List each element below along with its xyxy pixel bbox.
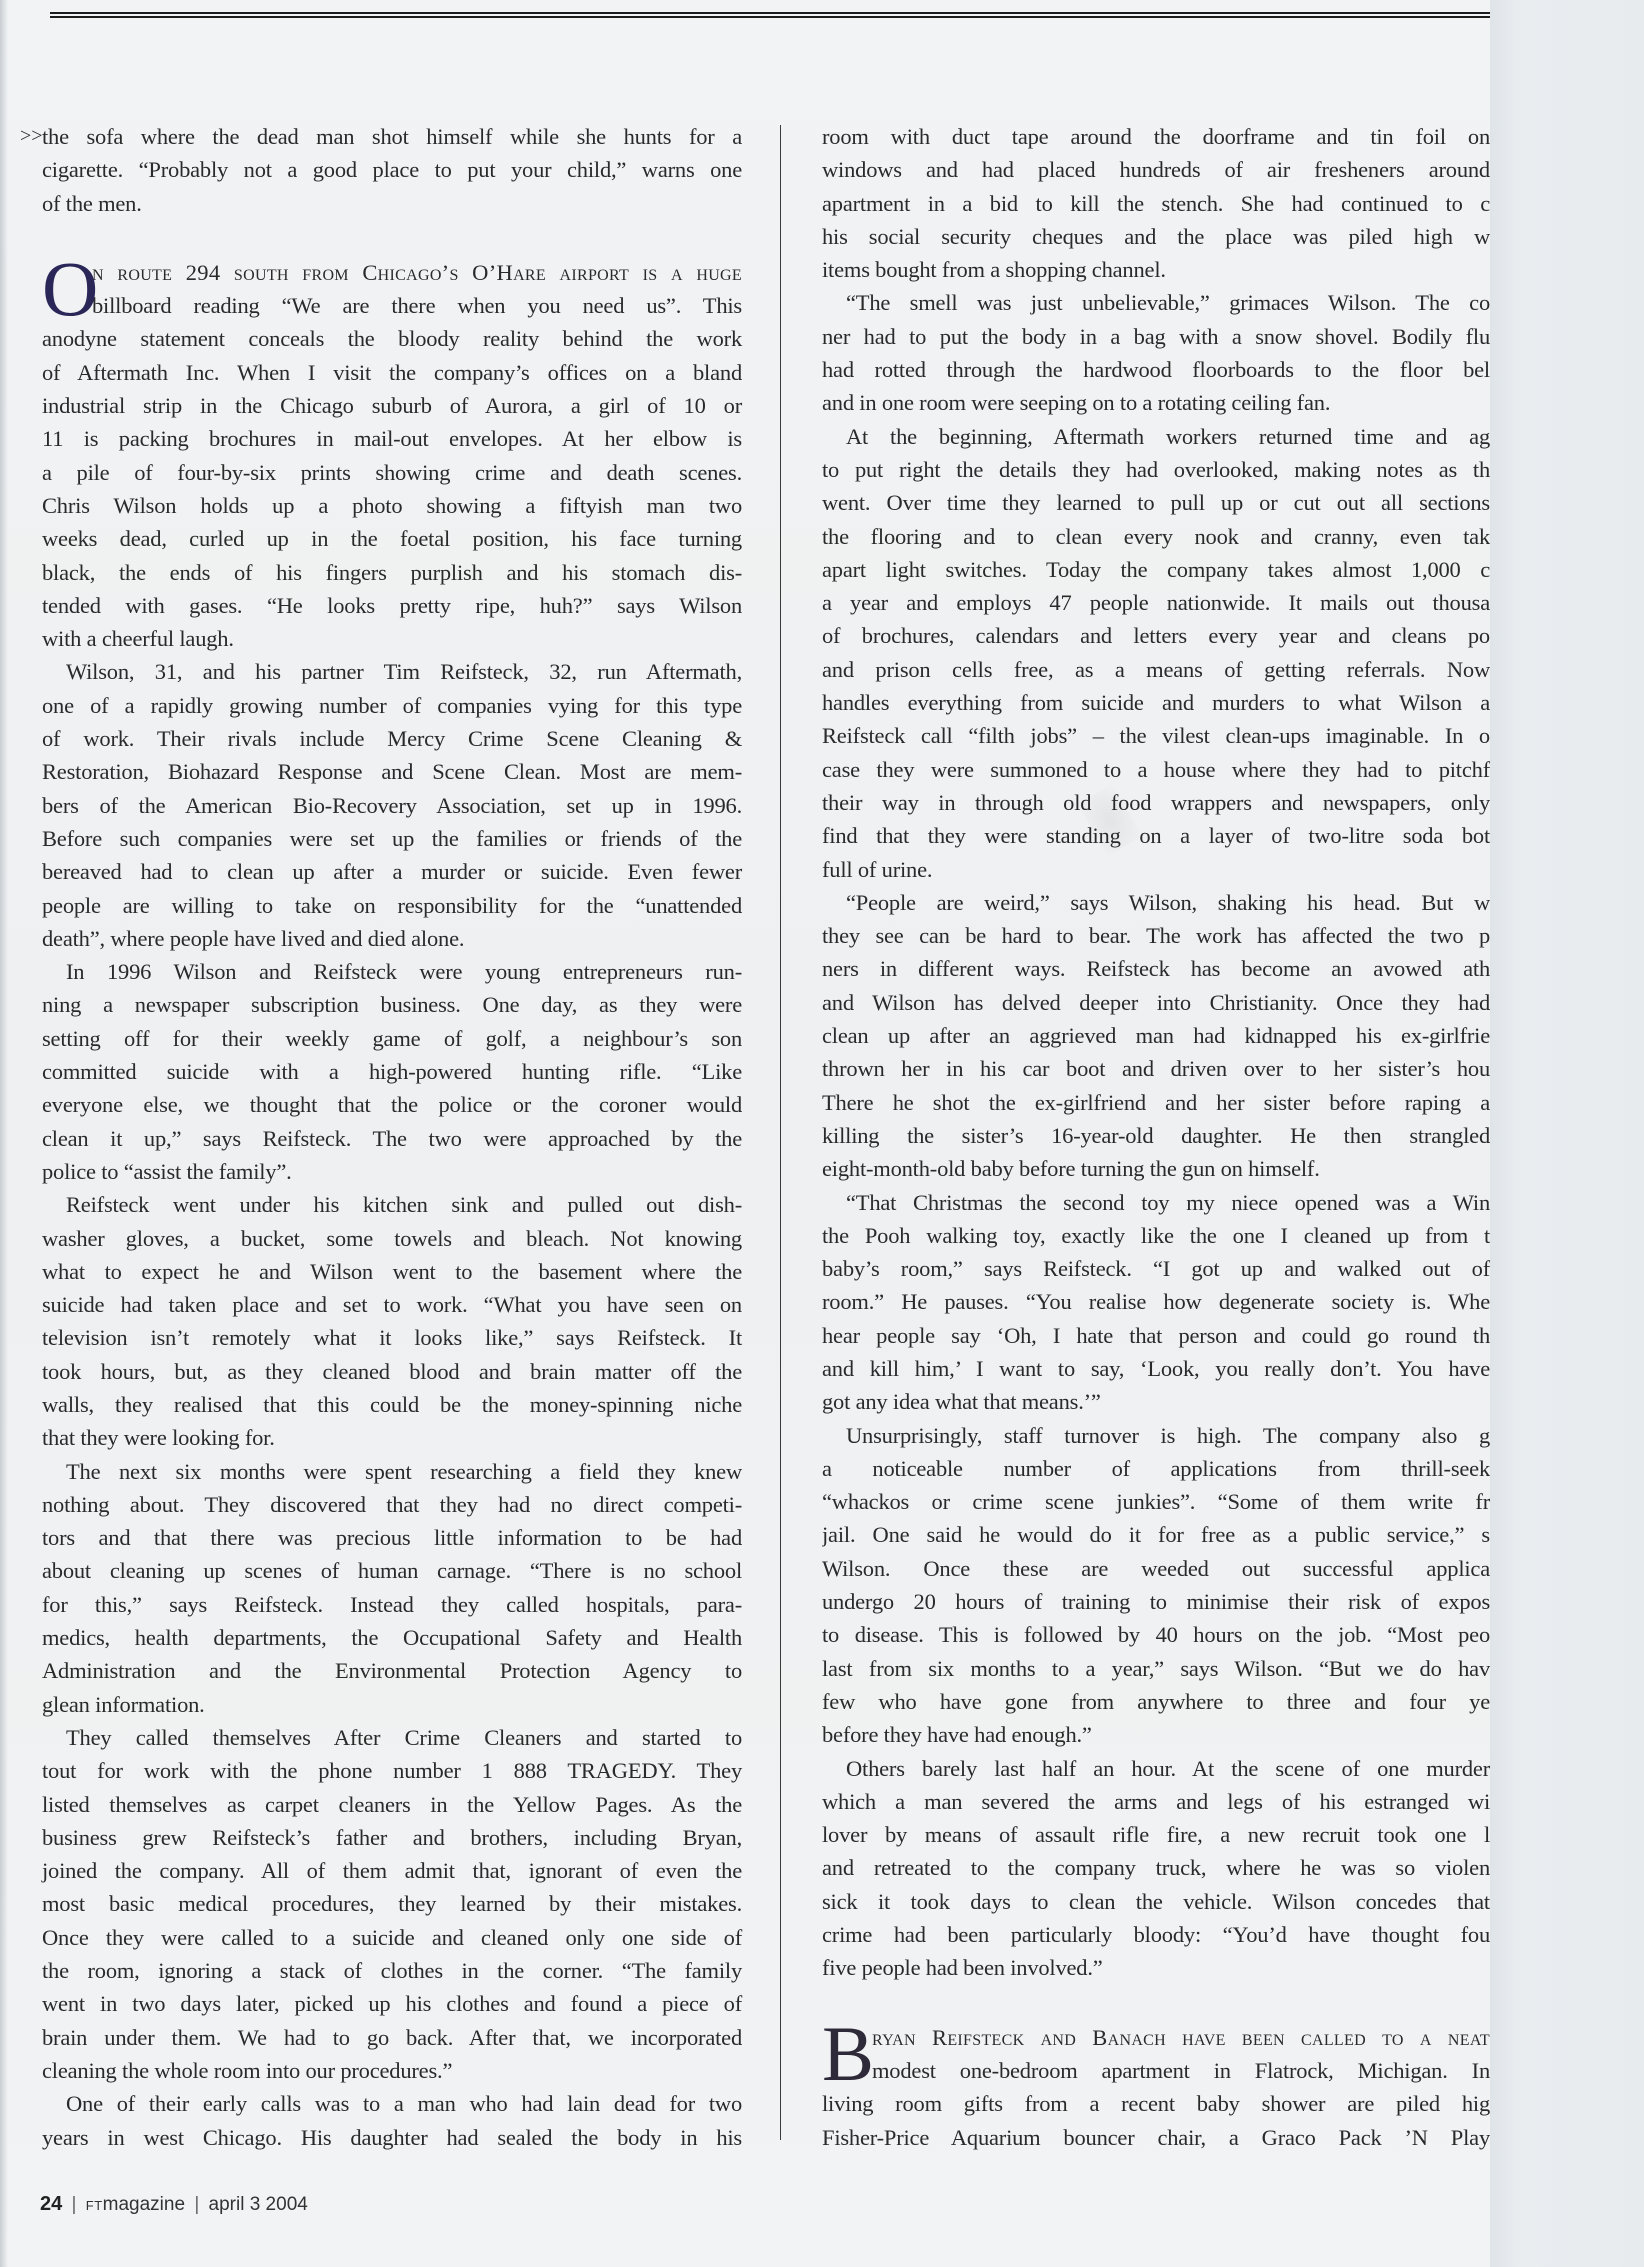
text-line: Before such companies were set up the fa… [42, 822, 742, 855]
text-line: There he shot the ex-girlfriend and her … [822, 1086, 1490, 1119]
text-line: Others barely last half an hour. At the … [822, 1752, 1490, 1785]
footer-separator: | [190, 2194, 203, 2215]
text-line: undergo 20 hours of training to minimise… [822, 1585, 1490, 1618]
drop-cap: O [42, 258, 98, 320]
text-line: modest one-bedroom apartment in Flatrock… [822, 2054, 1490, 2087]
text-line: their way in through old food wrappers a… [822, 786, 1490, 819]
text-line: and Wilson has delved deeper into Christ… [822, 986, 1490, 1019]
page-footer: 24 | FTmagazine | april 3 2004 [40, 2193, 308, 2216]
text-line: In 1996 Wilson and Reifsteck were young … [42, 955, 742, 988]
left-column: the sofa where the dead man shot himself… [42, 120, 742, 2154]
text-line: years in west Chicago. His daughter had … [42, 2121, 742, 2154]
text-line: nothing about. They discovered that they… [42, 1488, 742, 1521]
text-line: a noticeable number of applications from… [822, 1452, 1490, 1485]
text-line: Wilson, 31, and his partner Tim Reifstec… [42, 655, 742, 688]
right-column: room with duct tape around the doorframe… [822, 120, 1490, 2154]
text-line: walls, they realised that this could be … [42, 1388, 742, 1421]
text-line: “The smell was just unbelievable,” grima… [822, 286, 1490, 319]
text-line: five people had been involved.” [822, 1951, 1490, 1984]
text-line: for this,” says Reifsteck. Instead they … [42, 1588, 742, 1621]
text-line: the sofa where the dead man shot himself… [42, 120, 742, 153]
text-line: of the men. [42, 187, 742, 220]
text-line: of work. Their rivals include Mercy Crim… [42, 722, 742, 755]
text-line: “whackos or crime scene junkies”. “Some … [822, 1485, 1490, 1518]
text-line: his social security cheques and the plac… [822, 220, 1490, 253]
text-line: to disease. This is followed by 40 hours… [822, 1618, 1490, 1651]
text-line: The next six months were spent researchi… [42, 1455, 742, 1488]
text-line: They called themselves After Crime Clean… [42, 1721, 742, 1754]
column-divider [780, 125, 781, 2140]
section-gap [42, 220, 742, 256]
text-line: Reifsteck went under his kitchen sink an… [42, 1188, 742, 1221]
text-line: last from six months to a year,” says Wi… [822, 1652, 1490, 1685]
text-line: billboard reading “We are there when you… [42, 289, 742, 322]
text-line: and kill him,’ I want to say, ‘Look, you… [822, 1352, 1490, 1385]
text-line: clean up after an aggrieved man had kidn… [822, 1019, 1490, 1052]
magazine-page: >> the sofa where the dead man shot hims… [0, 0, 1490, 2267]
text-line: industrial strip in the Chicago suburb o… [42, 389, 742, 422]
text-line: tout for work with the phone number 1 88… [42, 1754, 742, 1787]
text-line: what to expect he and Wilson went to the… [42, 1255, 742, 1288]
text-line: handles everything from suicide and murd… [822, 686, 1490, 719]
text-line: television isn’t remotely what it looks … [42, 1321, 742, 1354]
text-line: and prison cells free, as a means of get… [822, 653, 1490, 686]
text-line: glean information. [42, 1688, 742, 1721]
text-line: full of urine. [822, 853, 1490, 886]
small-caps-lead: n route 294 south from Chicago’s O’Hare … [42, 256, 742, 289]
text-line: thrown her in his car boot and driven ov… [822, 1052, 1490, 1085]
text-line: the Pooh walking toy, exactly like the o… [822, 1219, 1490, 1252]
text-line: Reifsteck call “filth jobs” – the vilest… [822, 719, 1490, 752]
text-line: anodyne statement conceals the bloody re… [42, 322, 742, 355]
publication-name: magazine [103, 2194, 185, 2215]
text-line: went in two days later, picked up his cl… [42, 1987, 742, 2020]
text-line: “People are weird,” says Wilson, shaking… [822, 886, 1490, 919]
text-line: bereaved had to clean up after a murder … [42, 855, 742, 888]
text-line: most basic medical procedures, they lear… [42, 1887, 742, 1920]
text-line: tended with gases. “He looks pretty ripe… [42, 589, 742, 622]
text-line: police to “assist the family”. [42, 1155, 742, 1188]
text-line: to put right the details they had overlo… [822, 453, 1490, 486]
scan-margin [1490, 0, 1644, 2267]
text-line: room.” He pauses. “You realise how degen… [822, 1285, 1490, 1318]
text-line: Administration and the Environmental Pro… [42, 1654, 742, 1687]
text-line: committed suicide with a high-powered hu… [42, 1055, 742, 1088]
text-line: Wilson. Once these are weeded out succes… [822, 1552, 1490, 1585]
text-line: jail. One said he would do it for free a… [822, 1518, 1490, 1551]
text-line: business grew Reifsteck’s father and bro… [42, 1821, 742, 1854]
text-line: crime had been particularly bloody: “You… [822, 1918, 1490, 1951]
text-line: Restoration, Biohazard Response and Scen… [42, 755, 742, 788]
text-line: apart light switches. Today the company … [822, 553, 1490, 586]
text-line: everyone else, we thought that the polic… [42, 1088, 742, 1121]
text-line: that they were looking for. [42, 1421, 742, 1454]
text-line: they see can be hard to bear. The work h… [822, 919, 1490, 952]
text-line: hear people say ‘Oh, I hate that person … [822, 1319, 1490, 1352]
text-line: listed themselves as carpet cleaners in … [42, 1788, 742, 1821]
section-opening-line: B ryan Reifsteck and Banach have been ca… [822, 2021, 1490, 2054]
continuation-marker-icon: >> [20, 120, 43, 153]
text-line: joined the company. All of them admit th… [42, 1854, 742, 1887]
text-line: one of a rapidly growing number of compa… [42, 689, 742, 722]
section-gap [822, 1985, 1490, 2021]
page-number: 24 [40, 2193, 62, 2215]
page-gutter-shadow [0, 0, 8, 2267]
text-line: Chris Wilson holds up a photo showing a … [42, 489, 742, 522]
text-line: One of their early calls was to a man wh… [42, 2087, 742, 2120]
text-line: death”, where people have lived and died… [42, 922, 742, 955]
text-line: about cleaning up scenes of human carnag… [42, 1554, 742, 1587]
text-line: had rotted through the hardwood floorboa… [822, 353, 1490, 386]
text-line: suicide had taken place and set to work.… [42, 1288, 742, 1321]
text-line: At the beginning, Aftermath workers retu… [822, 420, 1490, 453]
text-line: items bought from a shopping channel. [822, 253, 1490, 286]
text-line: weeks dead, curled up in the foetal posi… [42, 522, 742, 555]
text-line: find that they were standing on a layer … [822, 819, 1490, 852]
text-line: tors and that there was precious little … [42, 1521, 742, 1554]
text-line: windows and had placed hundreds of air f… [822, 153, 1490, 186]
text-line: “That Christmas the second toy my niece … [822, 1186, 1490, 1219]
text-line: Unsurprisingly, staff turnover is high. … [822, 1419, 1490, 1452]
text-line: ners in different ways. Reifsteck has be… [822, 952, 1490, 985]
section-opening-line: O n route 294 south from Chicago’s O’Har… [42, 256, 742, 289]
text-line: killing the sister’s 16-year-old daughte… [822, 1119, 1490, 1152]
text-line: got any idea what that means.’” [822, 1385, 1490, 1418]
issue-date: april 3 2004 [209, 2194, 308, 2215]
text-line: the flooring and to clean every nook and… [822, 520, 1490, 553]
text-line: a year and employs 47 people nationwide.… [822, 586, 1490, 619]
text-line: which a man severed the arms and legs of… [822, 1785, 1490, 1818]
drop-cap: B [822, 2023, 874, 2085]
text-line: a pile of four-by-six prints showing cri… [42, 456, 742, 489]
text-line: living room gifts from a recent baby sho… [822, 2087, 1490, 2120]
text-line: eight-month-old baby before turning the … [822, 1152, 1490, 1185]
text-line: and in one room were seeping on to a rot… [822, 386, 1490, 419]
text-line: black, the ends of his fingers purplish … [42, 556, 742, 589]
text-line: and retreated to the company truck, wher… [822, 1851, 1490, 1884]
text-line: lover by means of assault rifle fire, a … [822, 1818, 1490, 1851]
text-line: room with duct tape around the doorframe… [822, 120, 1490, 153]
text-line: took hours, but, as they cleaned blood a… [42, 1355, 742, 1388]
text-line: 11 is packing brochures in mail-out enve… [42, 422, 742, 455]
text-line: brain under them. We had to go back. Aft… [42, 2021, 742, 2054]
text-line: Once they were called to a suicide and c… [42, 1921, 742, 1954]
text-line: Fisher-Price Aquarium bouncer chair, a G… [822, 2121, 1490, 2154]
text-line: setting off for their weekly game of gol… [42, 1022, 742, 1055]
text-line: the room, ignoring a stack of clothes in… [42, 1954, 742, 1987]
small-caps-lead: ryan Reifsteck and Banach have been call… [822, 2021, 1490, 2054]
text-line: people are willing to take on responsibi… [42, 889, 742, 922]
text-line: with a cheerful laugh. [42, 622, 742, 655]
publication-prefix: FT [86, 2198, 103, 2213]
footer-separator: | [68, 2194, 81, 2215]
text-line: of Aftermath Inc. When I visit the compa… [42, 356, 742, 389]
text-line: apartment in a bid to kill the stench. S… [822, 187, 1490, 220]
text-line: cigarette. “Probably not a good place to… [42, 153, 742, 186]
text-line: medics, health departments, the Occupati… [42, 1621, 742, 1654]
text-line: bers of the American Bio-Recovery Associ… [42, 789, 742, 822]
text-line: ning a newspaper subscription business. … [42, 988, 742, 1021]
text-line: went. Over time they learned to pull up … [822, 486, 1490, 519]
top-double-rule [50, 12, 1490, 18]
text-line: of brochures, calendars and letters ever… [822, 619, 1490, 652]
text-line: few who have gone from anywhere to three… [822, 1685, 1490, 1718]
text-line: cleaning the whole room into our procedu… [42, 2054, 742, 2087]
text-line: baby’s room,” says Reifsteck. “I got up … [822, 1252, 1490, 1285]
text-line: sick it took days to clean the vehicle. … [822, 1885, 1490, 1918]
text-line: case they were summoned to a house where… [822, 753, 1490, 786]
text-line: clean it up,” says Reifsteck. The two we… [42, 1122, 742, 1155]
text-line: washer gloves, a bucket, some towels and… [42, 1222, 742, 1255]
text-line: before they have had enough.” [822, 1718, 1490, 1751]
text-line: ner had to put the body in a bag with a … [822, 320, 1490, 353]
